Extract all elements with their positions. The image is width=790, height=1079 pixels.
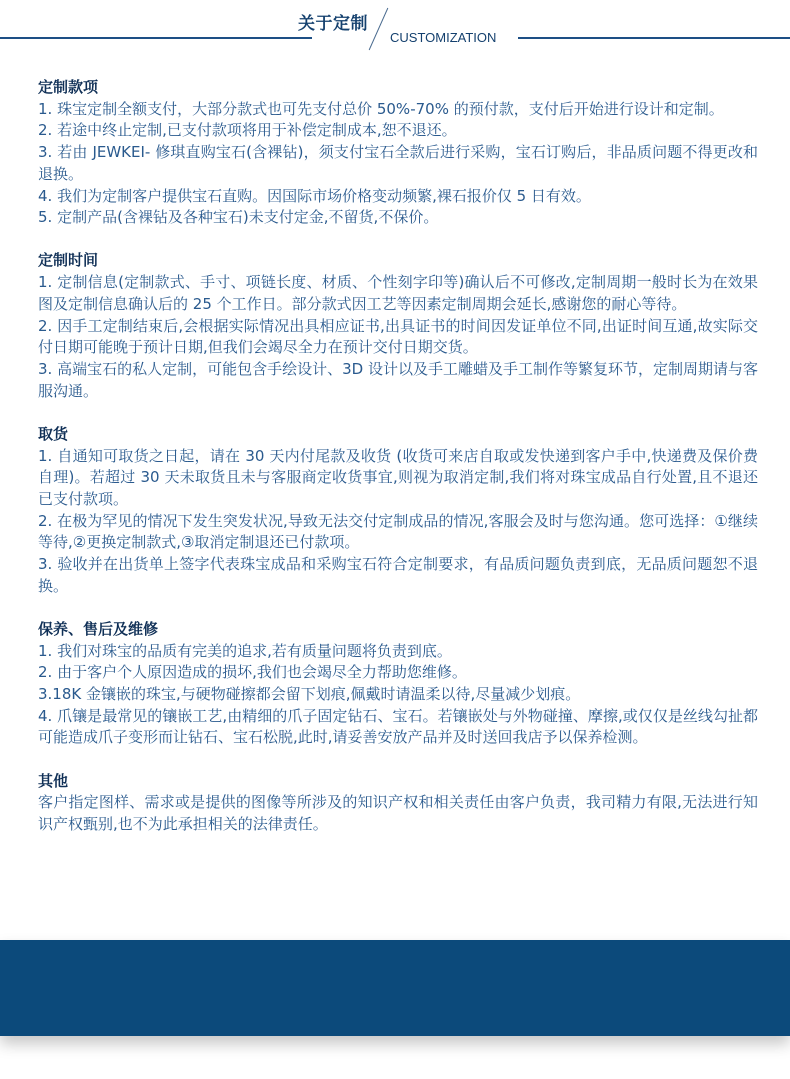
list-item: 1. 我们对珠宝的品质有完美的追求,若有质量问题将负责到底。 [38,641,758,663]
list-item: 2. 在极为罕见的情况下发生突发状况,导致无法交付定制成品的情况,客服会及时与您… [38,511,758,554]
list-item: 4. 爪镶是最常见的镶嵌工艺,由精细的爪子固定钻石、宝石。若镶嵌处与外物碰撞、摩… [38,706,758,749]
section-other: 其他 客户指定图样、需求或是提供的图像等所涉及的知识产权和相关责任由客户负责，我… [38,771,758,836]
header-title-en: CUSTOMIZATION [390,30,496,45]
section-timeline: 定制时间 1. 定制信息(定制款式、手寸、项链长度、材质、个性刻字印等)确认后不… [38,250,758,402]
section-title: 保养、售后及维修 [38,619,758,641]
section-title: 其他 [38,771,758,793]
section-maintenance: 保养、售后及维修 1. 我们对珠宝的品质有完美的追求,若有质量问题将负责到底。 … [38,619,758,749]
section-title: 取货 [38,424,758,446]
terms-content: 定制款项 1. 珠宝定制全额支付，大部分款式也可先支付总价 50%-70% 的预… [38,77,758,857]
list-item: 3. 验收并在出货单上签字代表珠宝成品和采购宝石符合定制要求，有品质问题负责到底… [38,554,758,597]
list-item: 2. 由于客户个人原因造成的损坏,我们也会竭尽全力帮助您维修。 [38,662,758,684]
header-title-cn: 关于定制 [298,9,368,34]
section-title: 定制时间 [38,250,758,272]
list-item: 1. 自通知可取货之日起，请在 30 天内付尾款及收货 (收货可来店自取或发快递… [38,446,758,511]
list-item: 客户指定图样、需求或是提供的图像等所涉及的知识产权和相关责任由客户负责，我司精力… [38,792,758,835]
list-item: 2. 若途中终止定制,已支付款项将用于补偿定制成本,恕不退还。 [38,120,758,142]
list-item: 4. 我们为定制客户提供宝石直购。因国际市场价格变动频繁,裸石报价仅 5 日有效… [38,186,758,208]
header-divider-left [0,37,312,39]
list-item: 5. 定制产品(含裸钻及各种宝石)未支付定金,不留货,不保价。 [38,207,758,229]
list-item: 2. 因手工定制结束后,会根据实际情况出具相应证书,出具证书的时间因发证单位不同… [38,316,758,359]
section-payment: 定制款项 1. 珠宝定制全额支付，大部分款式也可先支付总价 50%-70% 的预… [38,77,758,229]
section-pickup: 取货 1. 自通知可取货之日起，请在 30 天内付尾款及收货 (收货可来店自取或… [38,424,758,598]
list-item: 1. 珠宝定制全额支付，大部分款式也可先支付总价 50%-70% 的预付款，支付… [38,99,758,121]
list-item: 1. 定制信息(定制款式、手寸、项链长度、材质、个性刻字印等)确认后不可修改,定… [38,272,758,315]
header-slash-divider [369,8,389,50]
list-item: 3.18K 金镶嵌的珠宝,与硬物碰擦都会留下划痕,佩戴时请温柔以待,尽量减少划痕… [38,684,758,706]
footer-color-band [0,940,790,1036]
header-divider-right [518,37,790,39]
list-item: 3. 若由 JEWKEI- 修琪直购宝石(含裸钻)，须支付宝石全款后进行采购，宝… [38,142,758,185]
section-title: 定制款项 [38,77,758,99]
section-header: 关于定制 CUSTOMIZATION [0,0,790,50]
list-item: 3. 高端宝石的私人定制，可能包含手绘设计、3D 设计以及手工雕蜡及手工制作等繁… [38,359,758,402]
